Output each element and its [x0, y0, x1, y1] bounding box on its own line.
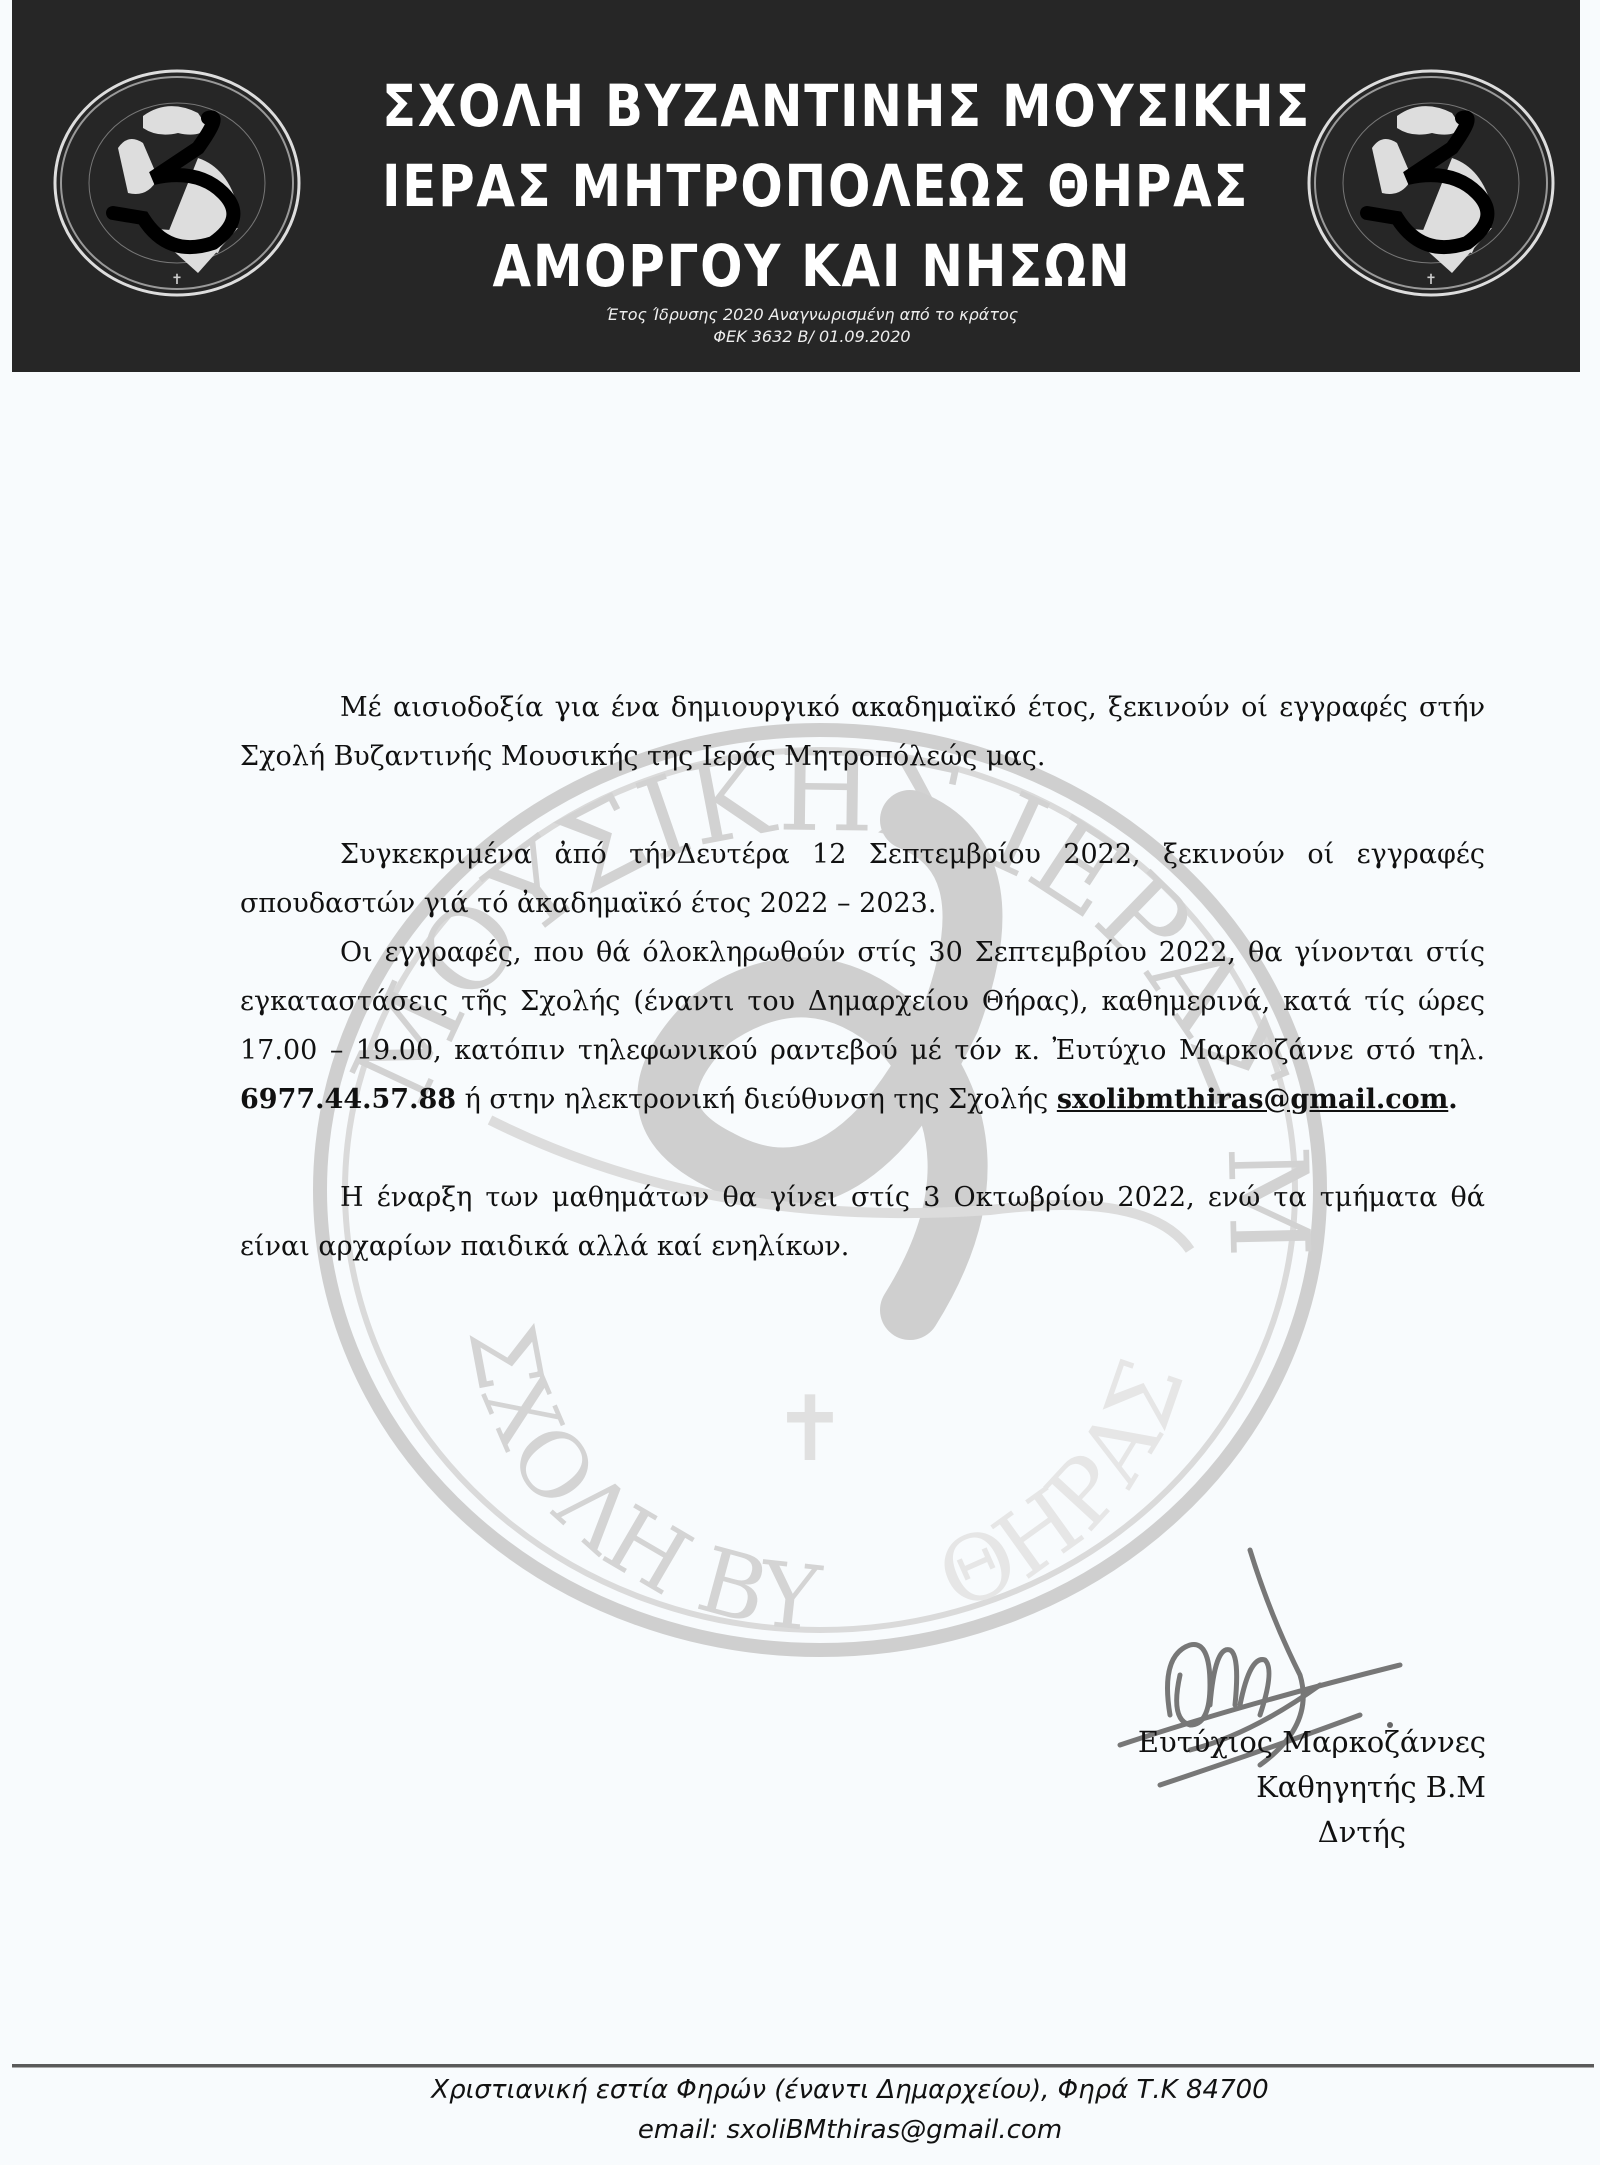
signature-block: Ευτύχιος Μαρκοζάννες Καθηγητής Β.Μ Δντής: [1050, 1720, 1486, 1855]
paragraph-registration-start: Συγκεκριμένα ἀπό τήνΔευτέρα 12 Σεπτεμβρί…: [240, 830, 1485, 928]
paragraph-intro: Μέ αισιοδοξία για ένα δημιουργικό ακαδημ…: [240, 683, 1485, 781]
signatory-title: Καθηγητής Β.Μ: [1050, 1765, 1486, 1810]
svg-text:✝: ✝: [171, 272, 183, 288]
paragraph-registration-details: Οι εγγραφές, που θά όλοκληρωθούν στίς 30…: [240, 928, 1485, 1124]
school-title: ΣΧΟΛΗ ΒΥΖΑΝΤΙΝΗΣ ΜΟΥΣΙΚΗΣ ΙΕΡΑΣ ΜΗΤΡΟΠΟΛ…: [382, 66, 1242, 306]
paragraph-classes-start: Η έναρξη των μαθημάτων θα γίνει στίς 3 Ο…: [240, 1173, 1485, 1271]
founding-info: Έτος Ίδρυσης 2020 Αναγνωρισμένη από το κ…: [572, 304, 1052, 348]
svg-text:✝: ✝: [772, 1377, 847, 1482]
founding-year: Έτος Ίδρυσης 2020 Αναγνωρισμένη από το κ…: [572, 304, 1052, 326]
signatory-role: Δντής: [1050, 1810, 1486, 1855]
footer-email[interactable]: email: sxoliBMthiras@gmail.com: [400, 2110, 1300, 2150]
footer: Χριστιανική εστία Φηρών (έναντι Δημαρχεί…: [400, 2070, 1300, 2150]
signatory-name: Ευτύχιος Μαρκοζάννες: [1050, 1720, 1486, 1765]
title-line-3: ΑΜΟΡΓΟΥ ΚΑΙ ΝΗΣΩΝ: [382, 226, 1242, 306]
header-banner: ✝ ΣΧΟΛΗ ΒΥΖΑΝΤΙΝΗΣ ΜΟΥΣΙΚΗΣ ΙΕΡΑΣ ΜΗΤΡΟΠ…: [12, 0, 1580, 372]
svg-text:ΣΧΟΛΗ ΒΥ: ΣΧΟΛΗ ΒΥ: [447, 1316, 826, 1653]
school-seal-logo-icon: ✝: [48, 58, 306, 308]
registration-text: Οι εγγραφές, που θά όλοκληρωθούν στίς 30…: [240, 937, 1485, 1066]
gazette-reference: ΦΕΚ 3632 Β/ 01.09.2020: [572, 326, 1052, 348]
title-line-1: ΣΧΟΛΗ ΒΥΖΑΝΤΙΝΗΣ ΜΟΥΣΙΚΗΣ: [382, 66, 1242, 146]
phone-number[interactable]: 6977.44.57.88: [240, 1084, 456, 1115]
title-line-2: ΙΕΡΑΣ ΜΗΤΡΟΠΟΛΕΩΣ ΘΗΡΑΣ: [382, 146, 1242, 226]
email-link[interactable]: sxolibmthiras@gmail.com: [1057, 1084, 1448, 1115]
period: .: [1448, 1084, 1457, 1115]
letter-body: Μέ αισιοδοξία για ένα δημιουργικό ακαδημ…: [240, 683, 1485, 1271]
footer-divider: [12, 2064, 1594, 2068]
footer-address: Χριστιανική εστία Φηρών (έναντι Δημαρχεί…: [400, 2070, 1300, 2110]
registration-text-2: ή στην ηλεκτρονική διεύθυνση της Σχολής: [456, 1084, 1057, 1115]
school-seal-logo-icon: ✝: [1302, 58, 1560, 308]
svg-text:✝: ✝: [1425, 272, 1437, 288]
